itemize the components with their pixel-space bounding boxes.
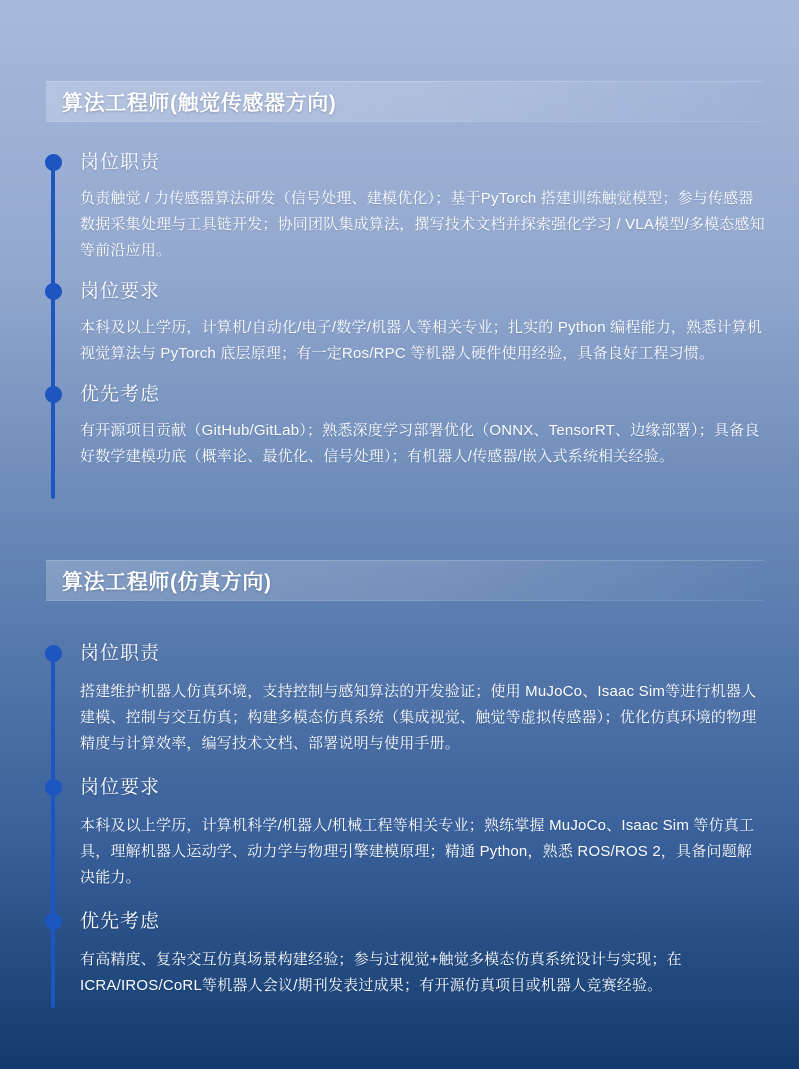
section-body: 搭建维护机器人仿真环境，支持控制与感知算法的开发验证；使用 MuJoCo、Isa…	[80, 679, 766, 757]
job-sections: 岗位职责 负责触觉 / 力传感器算法研发（信号处理、建模优化）；基于PyTorc…	[44, 122, 768, 470]
job-title: 算法工程师(触觉传感器方向)	[62, 87, 336, 117]
section-preferred: 优先考虑 有开源项目贡献（GitHub/GitLab）；熟悉深度学习部署优化（O…	[44, 380, 768, 470]
job-title-bar: 算法工程师(触觉传感器方向)	[46, 81, 764, 122]
section-body: 本科及以上学历，计算机科学/机器人/机械工程等相关专业；熟练掌握 MuJoCo、…	[80, 813, 766, 891]
section-body: 有开源项目贡献（GitHub/GitLab）；熟悉深度学习部署优化（ONNX、T…	[80, 418, 766, 470]
job-block-simulation: 算法工程师(仿真方向) 岗位职责 搭建维护机器人仿真环境，支持控制与感知算法的开…	[0, 560, 799, 1015]
job-title-bar: 算法工程师(仿真方向)	[46, 560, 764, 601]
section-body: 本科及以上学历，计算机/自动化/电子/数学/机器人等相关专业；扎实的 Pytho…	[80, 315, 766, 367]
timeline-dot-icon	[45, 386, 62, 403]
section-heading: 岗位要求	[80, 773, 768, 803]
section-responsibilities: 岗位职责 负责触觉 / 力传感器算法研发（信号处理、建模优化）；基于PyTorc…	[44, 148, 768, 264]
section-heading: 岗位职责	[80, 639, 768, 669]
section-heading: 岗位要求	[80, 277, 768, 307]
job-sections: 岗位职责 搭建维护机器人仿真环境，支持控制与感知算法的开发验证；使用 MuJoC…	[44, 601, 768, 999]
section-heading: 优先考虑	[80, 907, 768, 937]
timeline-dot-icon	[45, 283, 62, 300]
section-heading: 优先考虑	[80, 380, 768, 410]
section-requirements: 岗位要求 本科及以上学历，计算机/自动化/电子/数学/机器人等相关专业；扎实的 …	[44, 277, 768, 367]
timeline-dot-icon	[45, 779, 62, 796]
section-responsibilities: 岗位职责 搭建维护机器人仿真环境，支持控制与感知算法的开发验证；使用 MuJoC…	[44, 639, 768, 757]
timeline-dot-icon	[45, 913, 62, 930]
job-title: 算法工程师(仿真方向)	[62, 566, 272, 596]
timeline-dot-icon	[45, 154, 62, 171]
section-heading: 岗位职责	[80, 148, 768, 178]
section-requirements: 岗位要求 本科及以上学历，计算机科学/机器人/机械工程等相关专业；熟练掌握 Mu…	[44, 773, 768, 891]
section-preferred: 优先考虑 有高精度、复杂交互仿真场景构建经验；参与过视觉+触觉多模态仿真系统设计…	[44, 907, 768, 999]
section-body: 负责触觉 / 力传感器算法研发（信号处理、建模优化）；基于PyTorch 搭建训…	[80, 186, 766, 264]
section-body: 有高精度、复杂交互仿真场景构建经验；参与过视觉+触觉多模态仿真系统设计与实现；在…	[80, 947, 766, 999]
job-posting-page: 算法工程师(触觉传感器方向) 岗位职责 负责触觉 / 力传感器算法研发（信号处理…	[0, 0, 799, 1069]
timeline-dot-icon	[45, 645, 62, 662]
job-block-tactile-sensor: 算法工程师(触觉传感器方向) 岗位职责 负责触觉 / 力传感器算法研发（信号处理…	[0, 81, 799, 483]
